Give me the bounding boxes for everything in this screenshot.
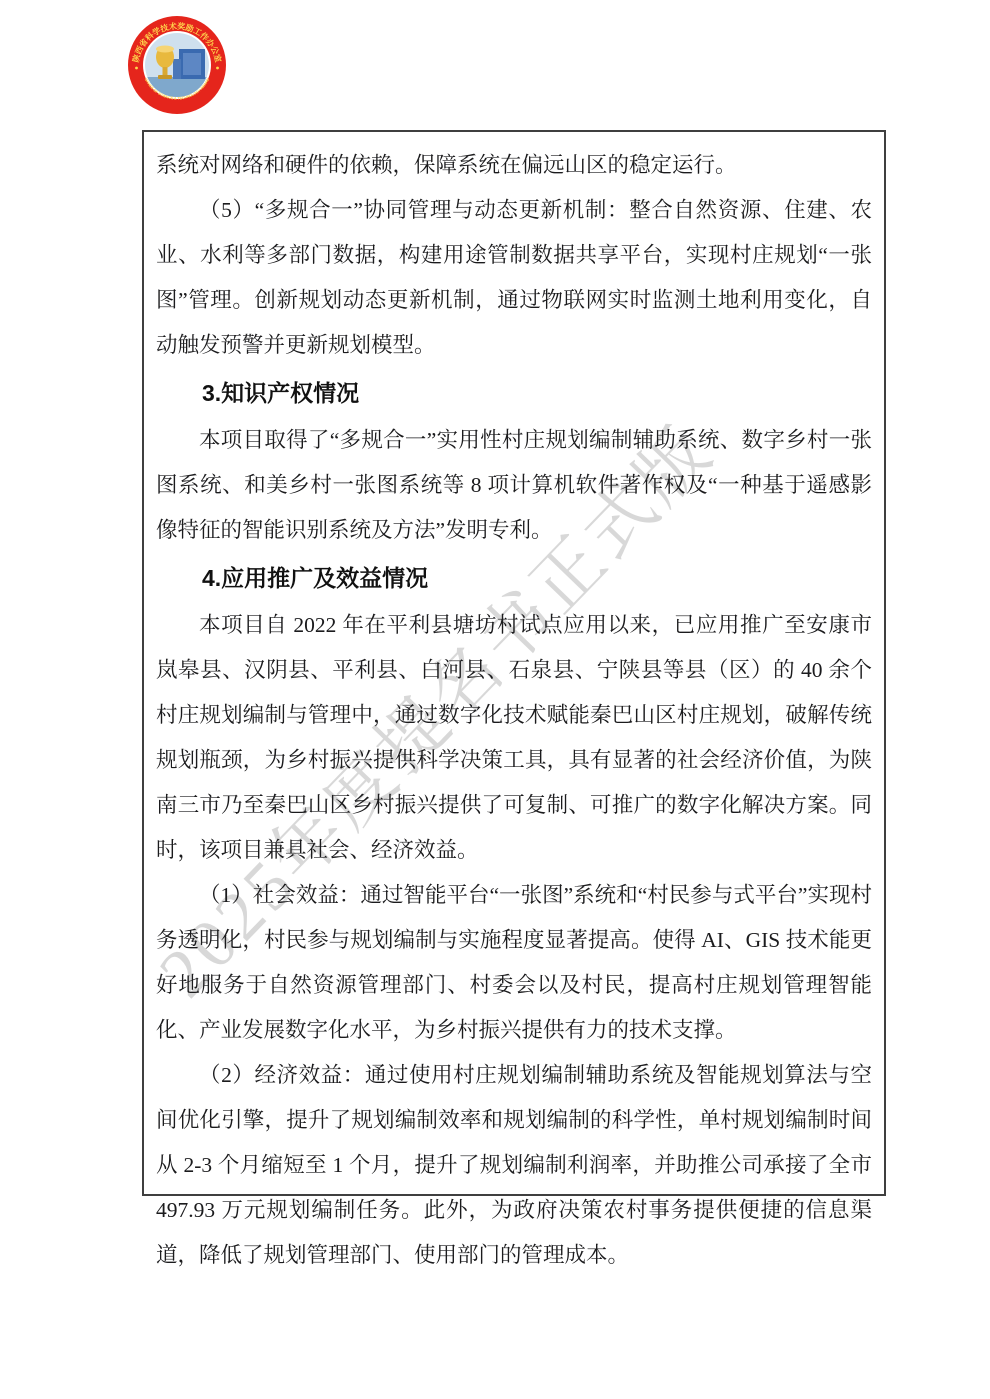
section-heading-4-application-benefits: 4.应用推广及效益情况 bbox=[156, 556, 872, 601]
paragraph-system-stability: 系统对网络和硬件的依赖，保障系统在偏远山区的稳定运行。 bbox=[156, 143, 872, 188]
paragraph-economic-benefits: （2）经济效益：通过使用村庄规划编制辅助系统及智能规划算法与空间优化引擎，提升了… bbox=[156, 1053, 872, 1278]
paragraph-intellectual-property: 本项目取得了“多规合一”实用性村庄规划编制辅助系统、数字乡村一张图系统、和美乡村… bbox=[156, 418, 872, 553]
award-office-seal-logo: 陕西省科学技术奖励工作办公室 OFFICE OF SCIENCE & TECHN… bbox=[127, 15, 227, 115]
document-frame: 系统对网络和硬件的依赖，保障系统在偏远山区的稳定运行。 （5）“多规合一”协同管… bbox=[142, 130, 886, 1196]
paragraph-item5-multi-plan-mechanism: （5）“多规合一”协同管理与动态更新机制：整合自然资源、住建、农业、水利等多部门… bbox=[156, 188, 872, 368]
paragraph-application-promotion: 本项目自 2022 年在平利县塘坊村试点应用以来，已应用推广至安康市岚皋县、汉阴… bbox=[156, 603, 872, 873]
seal-left-dot bbox=[135, 67, 138, 70]
seal-inner-photo bbox=[145, 33, 209, 97]
document-page: { "logo": { "arc_text_zh": "陕西省科学技术奖励工作办… bbox=[0, 0, 990, 1399]
seal-logo-graphic: 陕西省科学技术奖励工作办公室 OFFICE OF SCIENCE & TECHN… bbox=[127, 15, 227, 115]
document-content: 系统对网络和硬件的依赖，保障系统在偏远山区的稳定运行。 （5）“多规合一”协同管… bbox=[144, 132, 884, 1278]
section-heading-3-intellectual-property: 3.知识产权情况 bbox=[156, 371, 872, 416]
paragraph-social-benefits: （1）社会效益：通过智能平台“一张图”系统和“村民参与式平台”实现村务透明化，村… bbox=[156, 873, 872, 1053]
seal-right-dot bbox=[216, 67, 219, 70]
